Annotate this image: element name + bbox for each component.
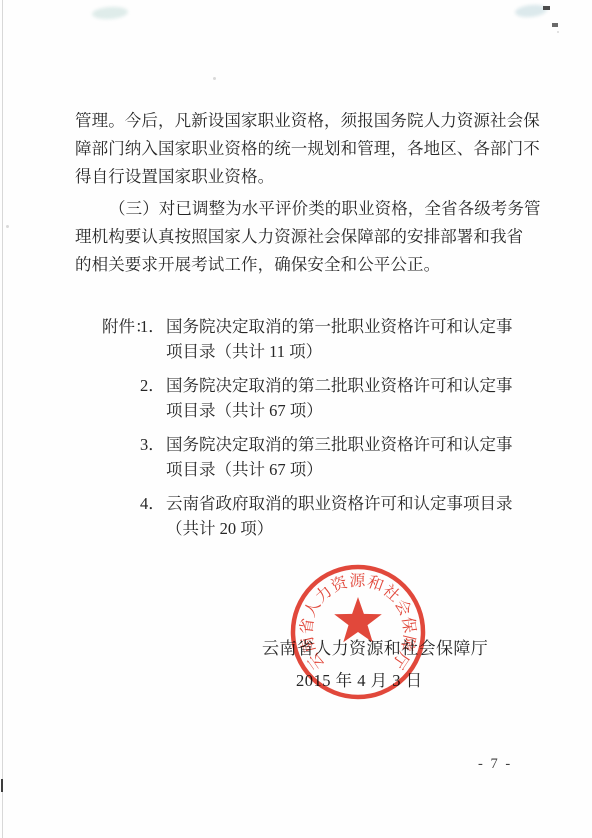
attachment-item: 4． 云南省政府取消的职业资格许可和认定事项目录 （共计 20 项） <box>102 491 542 541</box>
star-icon <box>334 597 382 642</box>
attachment-line: 项目录（共计 67 项） <box>166 457 542 482</box>
official-seal: 云南省人力资源和社会保障厅 <box>285 559 431 705</box>
attachment-list: 附件： 1． 国务院决定取消的第一批职业资格许可和认定事 项目录（共计 11 项… <box>102 314 542 550</box>
scan-edge-dark-mark <box>1 779 3 792</box>
attachment-item: 3． 国务院决定取消的第三批职业资格许可和认定事 项目录（共计 67 项） <box>102 432 542 482</box>
scan-mark <box>543 6 550 10</box>
attachment-item: 2． 国务院决定取消的第二批职业资格许可和认定事 项目录（共计 67 项） <box>102 373 542 423</box>
attachment-item: 1． 国务院决定取消的第一批职业资格许可和认定事 项目录（共计 11 项） <box>102 314 542 364</box>
body-line: 障部门纳入国家职业资格的统一规划和管理，各地区、各部门不 <box>75 135 545 163</box>
paragraph: （三）对已调整为水平评价类的职业资格，全省各级考务管 理机构要认真按照国家人力资… <box>75 195 545 279</box>
scan-edge-line <box>2 0 3 838</box>
body-line: 的相关要求开展考试工作，确保安全和公平公正。 <box>75 251 545 279</box>
body-line: 得自行设置国家职业资格。 <box>75 163 545 191</box>
attachment-number: 4． <box>140 491 165 516</box>
attachment-line: 国务院决定取消的第三批职业资格许可和认定事 <box>166 432 542 457</box>
scan-speck <box>6 225 9 228</box>
official-seal-graphic: 云南省人力资源和社会保障厅 <box>285 559 431 705</box>
scan-mark <box>552 23 558 27</box>
body-line: 管理。今后，凡新设国家职业资格，须报国务院人力资源社会保 <box>75 107 545 135</box>
attachment-line: 项目录（共计 67 项） <box>166 398 542 423</box>
attachment-number: 1． <box>140 314 165 339</box>
attachment-number: 2． <box>140 373 165 398</box>
body-line: （三）对已调整为水平评价类的职业资格，全省各级考务管 <box>109 195 545 223</box>
attachment-line: 项目录（共计 11 项） <box>166 339 542 364</box>
attachment-line: 国务院决定取消的第一批职业资格许可和认定事 <box>166 314 542 339</box>
attachment-line: 云南省政府取消的职业资格许可和认定事项目录 <box>166 491 542 516</box>
paragraph: 管理。今后，凡新设国家职业资格，须报国务院人力资源社会保 障部门纳入国家职业资格… <box>75 107 545 191</box>
scan-speck <box>557 31 559 33</box>
attachment-line: （共计 20 项） <box>166 516 542 541</box>
scan-smudge-top-left <box>92 6 129 20</box>
body-line: 理机构要认真按照国家人力资源社会保障部的安排部署和我省 <box>75 223 545 251</box>
document-page: 管理。今后，凡新设国家职业资格，须报国务院人力资源社会保 障部门纳入国家职业资格… <box>0 0 592 838</box>
attachment-number: 3． <box>140 432 165 457</box>
scan-speck <box>213 77 216 80</box>
attachment-line: 国务院决定取消的第二批职业资格许可和认定事 <box>166 373 542 398</box>
page-number: - 7 - <box>478 756 512 773</box>
document-body: 管理。今后，凡新设国家职业资格，须报国务院人力资源社会保 障部门纳入国家职业资格… <box>75 107 545 283</box>
